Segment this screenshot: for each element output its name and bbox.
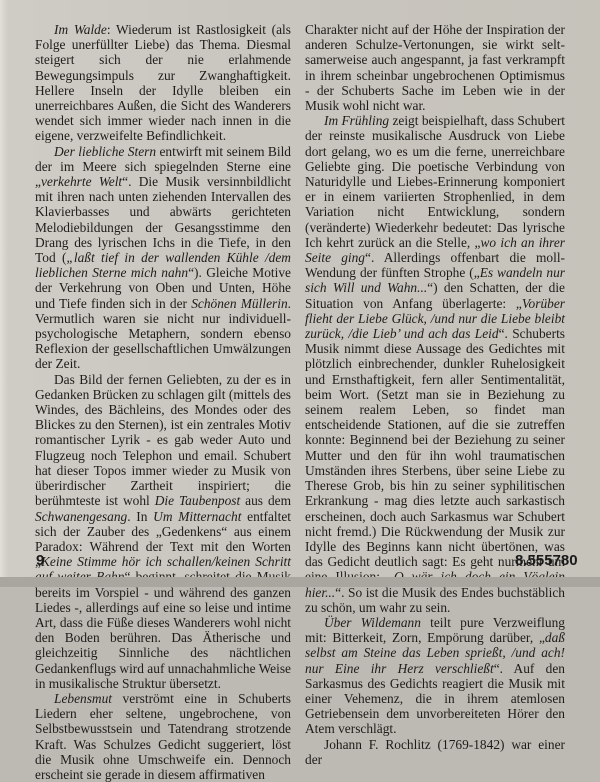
song-title: Um Mitternacht (153, 509, 241, 524)
page-number: 9 (36, 552, 44, 569)
song-title: Die Taubenpost (155, 493, 241, 508)
left-text-column: Im Walde: Wiederum ist Rastlosigkeit (al… (35, 22, 291, 587)
paragraph-fernen-geliebten: Das Bild der fernen Geliebten, zu der es… (35, 372, 291, 587)
paragraph-im-walde: Im Walde: Wiederum ist Rastlosigkeit (al… (35, 22, 291, 144)
paragraph-continuation: Charakter nicht auf der Höhe der Inspira… (305, 22, 565, 113)
booklet-page: Im Walde: Wiederum ist Rastlosigkeit (al… (0, 0, 600, 578)
song-title: Im Frühling (324, 113, 389, 128)
paragraph-im-fruehling: Im Frühling zeigt beispielhaft, dass Sch… (305, 113, 565, 587)
catalog-number: 8.555780 (515, 552, 578, 569)
right-text-column: Charakter nicht auf der Höhe der Inspira… (305, 22, 565, 587)
work-title: Schwanengesang (35, 509, 127, 524)
page-bottom-edge (0, 577, 600, 587)
quote: verkehrte Welt (41, 174, 122, 189)
song-title: Im Walde (54, 22, 107, 37)
paragraph-der-liebliche-stern: Der liebliche Stern entwirft mit seinem … (35, 144, 291, 372)
page-spine-edge (0, 0, 8, 577)
song-title: Der liebliche Stern (54, 144, 156, 159)
work-title: Schönen Müllerin (191, 296, 287, 311)
